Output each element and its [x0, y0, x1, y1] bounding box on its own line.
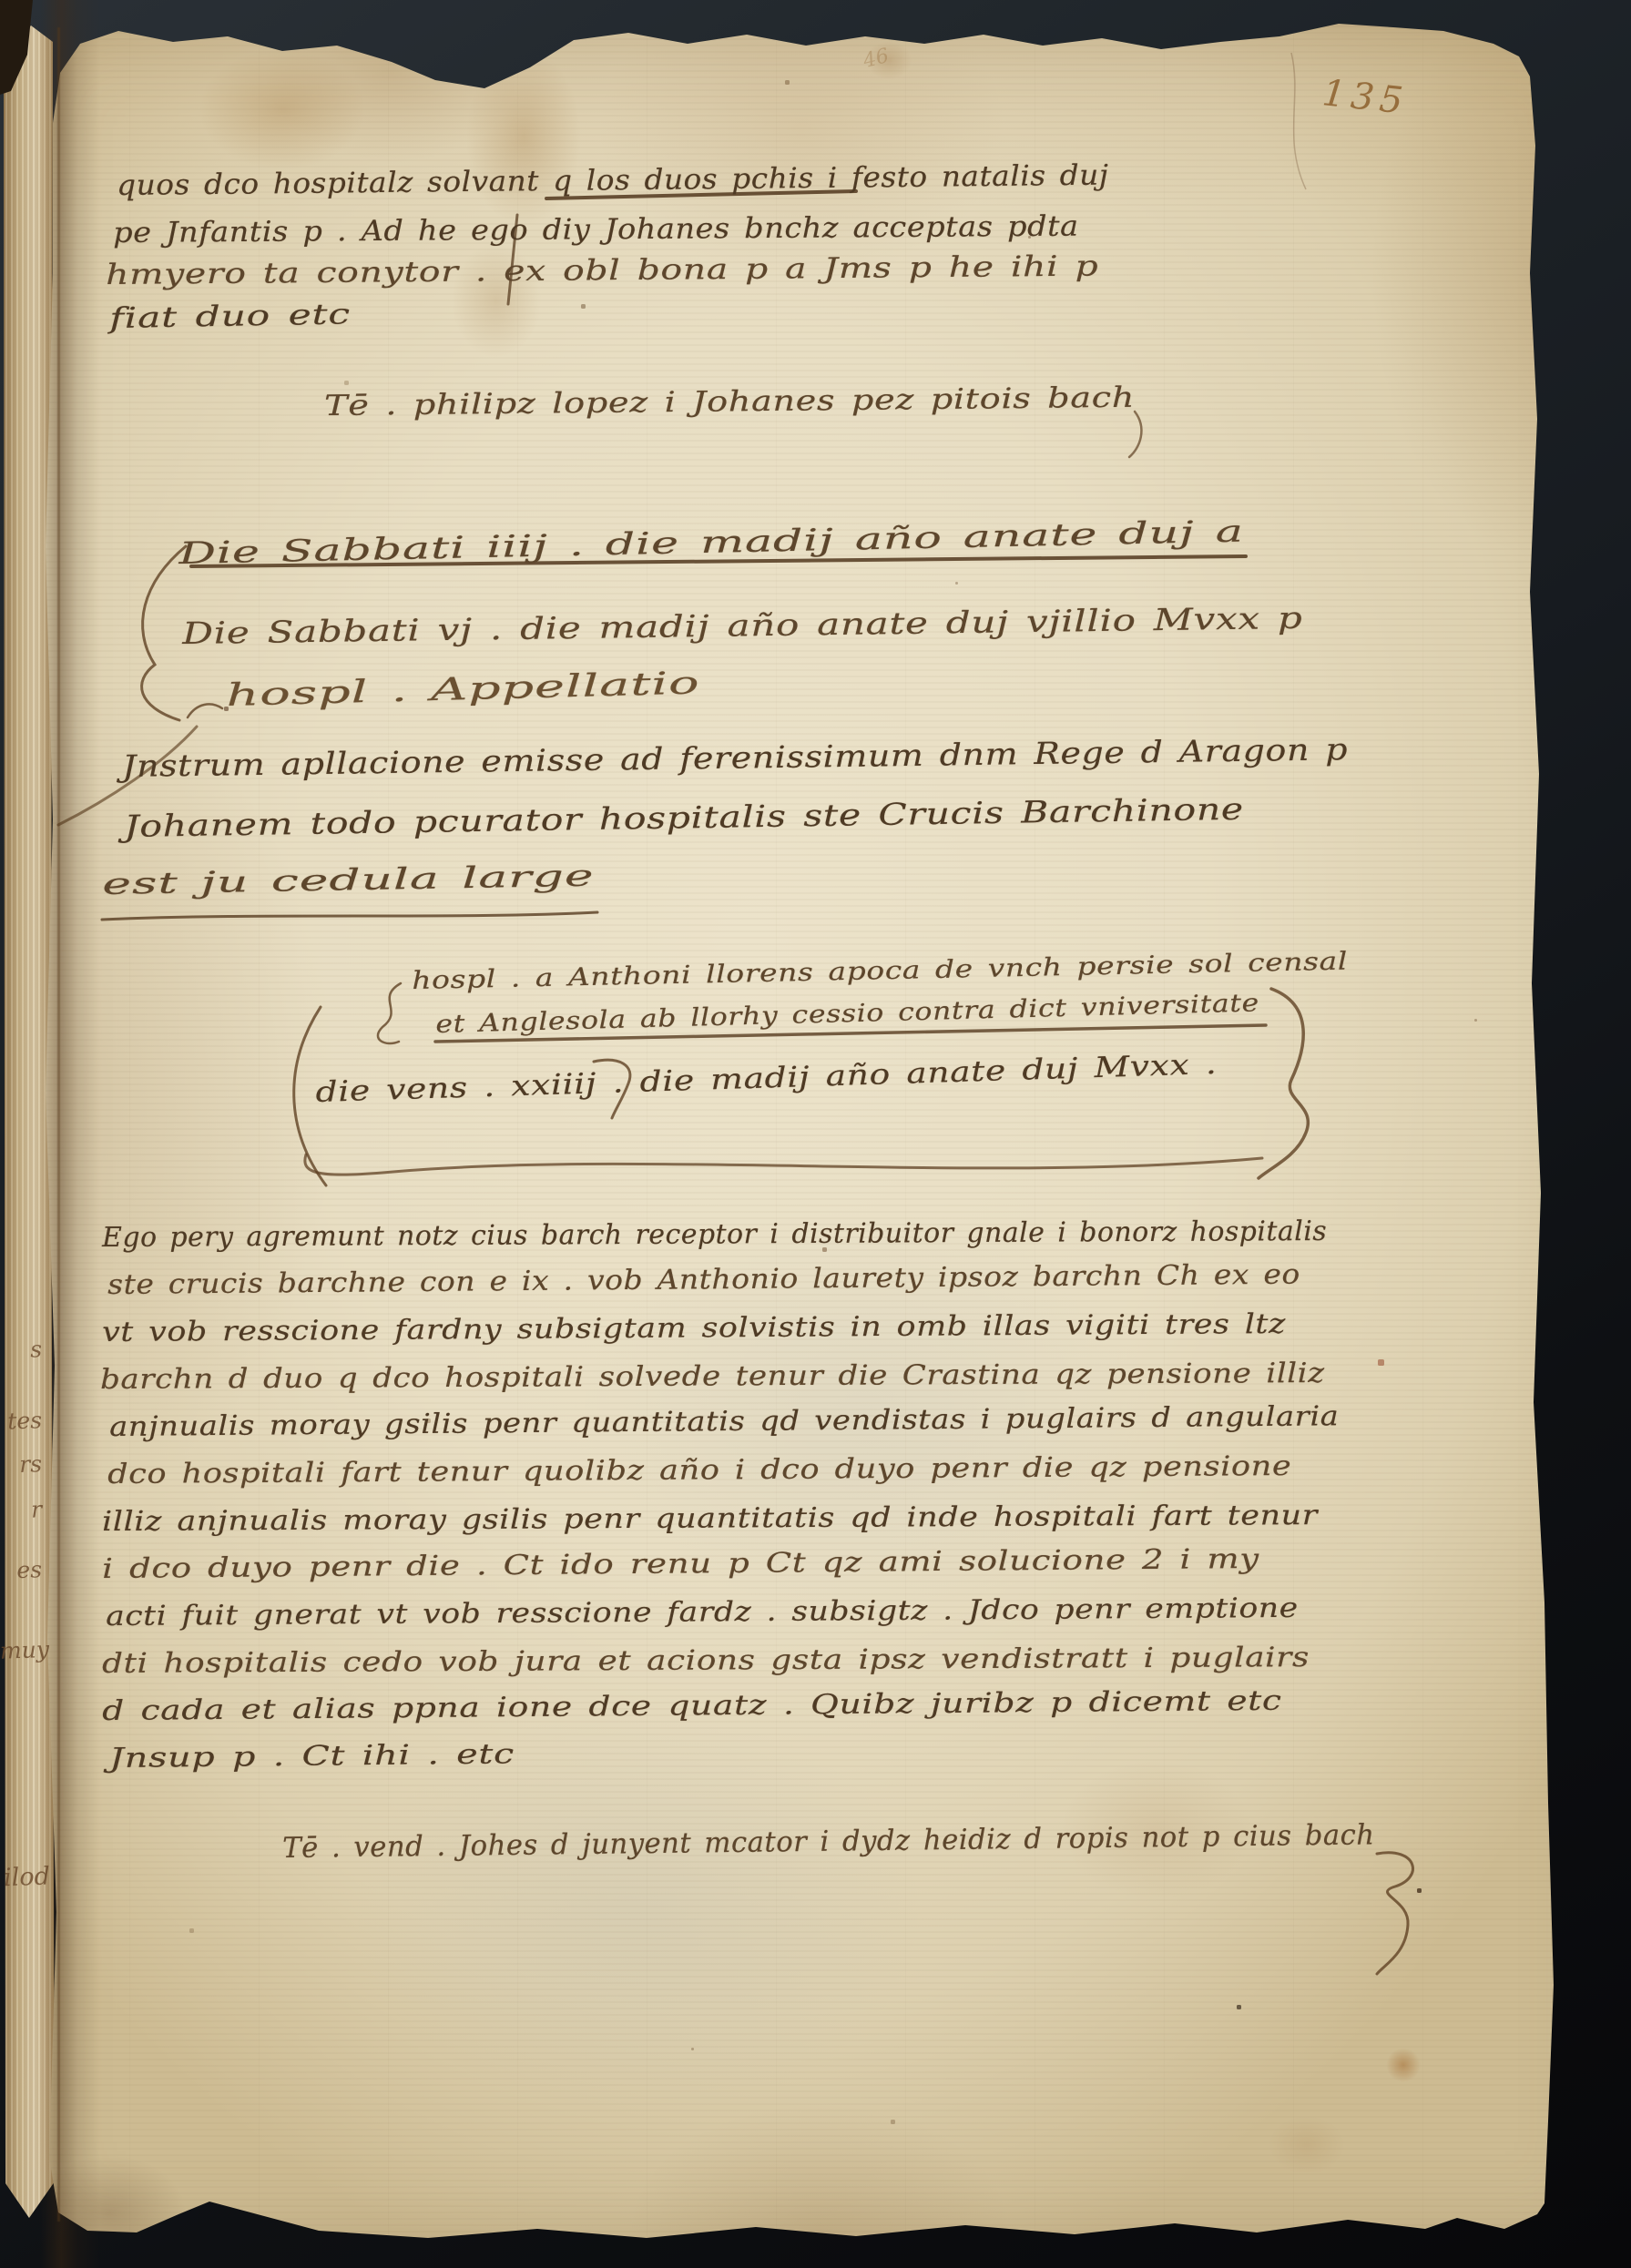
- body-line-7: illiz anjnualis moray gsilis penr quanti…: [102, 1500, 1318, 1538]
- folio-number: 135: [1320, 72, 1411, 123]
- manuscript-page: 135 46 quos dco hospitalz solvant q los …: [0, 0, 1631, 2268]
- body-line-1: Ego pery agremunt notz cius barch recept…: [102, 1215, 1327, 1254]
- margin-fragment: es: [0, 1556, 42, 1584]
- margin-fragment: muy: [0, 1636, 42, 1664]
- gutter-crease: [57, 27, 60, 2222]
- margin-fragment: s: [0, 1336, 42, 1364]
- entry1-line1-pre: quos dco hospitalz solvant: [117, 165, 539, 202]
- margin-fragment: tes: [0, 1407, 42, 1435]
- entry1-line1-post: i festo natalis duj: [828, 159, 1109, 195]
- entry1-line2: pe Jnfantis p . Ad he ego diy Johanes bn…: [113, 210, 1079, 249]
- manuscript-photo: 135 46 quos dco hospitalz solvant q los …: [0, 0, 1631, 2268]
- margin-fragment: r: [0, 1496, 42, 1524]
- margin-fragment: rs: [0, 1450, 42, 1479]
- body-line-10: dti hospitalis cedo vob jura et acions g…: [102, 1642, 1310, 1680]
- body-line-4: barchn d duo q dco hospitali solvede ten…: [100, 1358, 1325, 1396]
- corner-fold-line: [1548, 2094, 1586, 2211]
- cancelled-text: q los duos pchis: [553, 162, 814, 198]
- edge-vignette: [0, 0, 1631, 2268]
- entry1-line4: fiat duo etc: [109, 298, 351, 335]
- body-line-12: Jnsup p . Ct ihi . etc: [109, 1738, 515, 1775]
